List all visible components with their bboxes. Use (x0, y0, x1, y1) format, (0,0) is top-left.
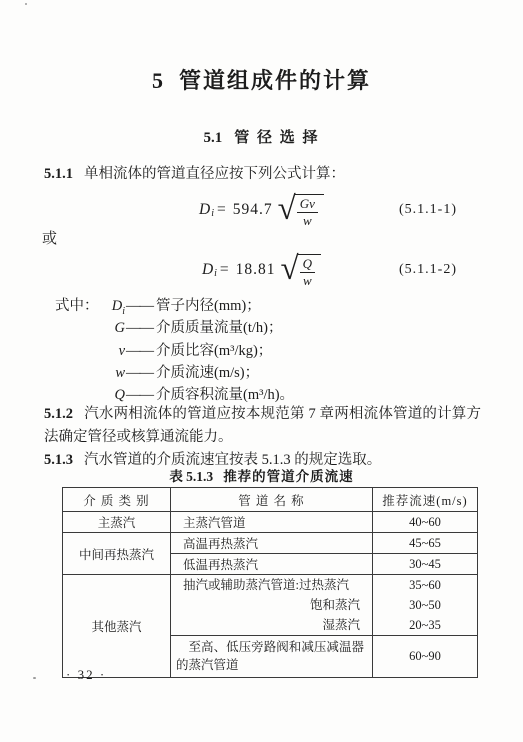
symbol: G (99, 320, 125, 337)
fraction: Gνw (297, 197, 318, 228)
media-velocity-table: 介 质 类 别 管 道 名 称 推荐流速(m/s) 主蒸汽 主蒸汽管道 40~6… (62, 487, 478, 678)
clause-5-1-1: 5.1.1单相流体的管道直径应按下列公式计算： (44, 163, 481, 186)
equals-sign: = (217, 201, 226, 219)
equation-number: (5.1.1-2) (399, 262, 457, 278)
radicand: Gνw (294, 194, 324, 228)
pipe-text: 至高、低压旁路阀和减压减温器的蒸汽管道 (171, 636, 372, 677)
equals-sign: = (220, 261, 229, 279)
symbol-description: 介质比容(m³/kg)； (156, 339, 272, 360)
equation-lhs-subscript: i (214, 268, 217, 279)
coefficient: 594.7 (233, 201, 273, 219)
legend-item: G —— 介质质量流量(t/h)； (55, 316, 483, 338)
cell-speed: 40~60 (373, 512, 478, 533)
cell-pipe: 主蒸汽管道 (171, 512, 373, 533)
section-title-text: 管 径 选 择 (234, 130, 319, 146)
table-row-reheat-hot: 中间再热蒸汽 高温再热蒸汽 45~65 (63, 533, 478, 554)
cell-medium: 主蒸汽 (63, 512, 171, 533)
symbol-description: 介质质量流量(t/h)； (156, 316, 282, 337)
or-word: 或 (42, 227, 57, 248)
legend-lead: 式中： (55, 294, 99, 315)
symbol-subscript: i (122, 306, 125, 317)
fraction-denominator: w (303, 273, 312, 288)
document-page: 5管道组成件的计算 5.1管 径 选 择 5.1.1单相流体的管道直径应按下列公… (0, 0, 523, 742)
formula-5-1-1-1: Di=594.7√Gνw (5.1.1-1) (0, 189, 523, 231)
speed-line: 35~60 (373, 575, 477, 595)
legend-dash: —— (126, 343, 153, 360)
legend-item: ν —— 介质比容(m³/kg)； (55, 339, 483, 361)
cell-speed: 60~90 (373, 636, 478, 678)
table-caption-text: 推荐的管道介质流速 (223, 469, 354, 484)
section-heading: 5.1管 径 选 择 (0, 126, 523, 147)
pipe-line: 湿蒸汽 (171, 615, 372, 635)
scan-artifact-dot (33, 677, 36, 679)
table-header-row: 介 质 类 别 管 道 名 称 推荐流速(m/s) (63, 488, 478, 512)
table-row-main-steam: 主蒸汽 主蒸汽管道 40~60 (63, 512, 478, 533)
cell-medium: 中间再热蒸汽 (63, 533, 171, 575)
clause-number: 5.1.1 (44, 166, 73, 182)
radicand: Qw (297, 254, 321, 288)
cell-pipe: 低温再热蒸汽 (171, 554, 373, 575)
scan-artifact-dot (25, 3, 27, 5)
formula-5-1-1-2: Di=18.81√Qw (5.1.1-2) (0, 249, 523, 291)
fraction-numerator: Q (300, 257, 315, 273)
fraction: Qw (300, 257, 315, 288)
section-number: 5.1 (203, 130, 222, 146)
chapter-heading: 5管道组成件的计算 (0, 64, 523, 95)
cell-speed: 30~45 (373, 554, 478, 575)
header-medium-category: 介 质 类 别 (63, 488, 171, 512)
clause-text: 汽水两相流体的管道应按本规范第 7 章两相流体管道的计算方法确定管径或核算通流能… (44, 406, 481, 445)
speed-line: 20~35 (373, 615, 477, 635)
clause-number: 5.1.2 (44, 406, 73, 422)
symbol-letter: w (115, 365, 125, 381)
symbol: ν (99, 343, 125, 360)
table-caption: 表 5.1.3推荐的管道介质流速 (0, 465, 523, 485)
symbol-letter: G (115, 320, 125, 336)
cell-pipe-group: 抽汽或辅助蒸汽管道:过热蒸汽 饱和蒸汽 湿蒸汽 (171, 575, 373, 636)
legend-item: 式中： Di —— 管子内径(mm)； (55, 294, 483, 316)
equation: Di=594.7√Gνw (199, 193, 324, 228)
symbol-letter: ν (119, 343, 125, 359)
chapter-title-text: 管道组成件的计算 (179, 68, 371, 93)
cell-pipe: 至高、低压旁路阀和减压减温器的蒸汽管道 (171, 636, 373, 678)
equation: Di=18.81√Qw (202, 253, 321, 288)
symbol-description: 介质容积流量(m³/h)。 (156, 383, 294, 404)
symbol: Q (99, 387, 125, 404)
symbol-letter: D (112, 298, 122, 314)
legend-item: w —— 介质流速(m/s)； (55, 361, 483, 383)
cell-medium: 其他蒸汽 (63, 575, 171, 678)
equation-lhs: D (199, 201, 210, 219)
equation-lhs: D (202, 261, 213, 279)
legend-dash: —— (126, 320, 153, 337)
fraction-denominator: w (303, 213, 312, 228)
clause-5-1-2: 5.1.2汽水两相流体的管道应按本规范第 7 章两相流体管道的计算方法确定管径或… (44, 403, 481, 448)
speed-line: 30~50 (373, 595, 477, 615)
equation-lhs-subscript: i (211, 208, 214, 219)
page-number: · 32 · (66, 667, 106, 683)
fraction-numerator: Gν (297, 197, 318, 213)
cell-speed: 45~65 (373, 533, 478, 554)
clause-text: 单相流体的管道直径应按下列公式计算： (84, 166, 345, 182)
equation-number: (5.1.1-1) (399, 202, 457, 218)
coefficient: 18.81 (236, 261, 276, 279)
cell-speed-group: 35~60 30~50 20~35 (373, 575, 478, 636)
symbol-description: 管子内径(mm)； (156, 294, 261, 315)
square-root: √Gνw (278, 193, 324, 228)
symbol-letter: Q (115, 387, 125, 403)
table-row-extraction-steam: 其他蒸汽 抽汽或辅助蒸汽管道:过热蒸汽 饱和蒸汽 湿蒸汽 35~60 30~50… (63, 575, 478, 636)
legend-dash: —— (126, 298, 153, 315)
legend-dash: —— (126, 365, 153, 382)
table-caption-label: 表 5.1.3 (169, 469, 213, 484)
symbol-legend: 式中： Di —— 管子内径(mm)； G —— 介质质量流量(t/h)； ν … (55, 294, 483, 405)
square-root: √Qw (281, 253, 322, 288)
cell-pipe: 高温再热蒸汽 (171, 533, 373, 554)
symbol: Di (99, 298, 125, 317)
legend-dash: —— (126, 387, 153, 404)
symbol: w (99, 365, 125, 382)
chapter-number: 5 (152, 68, 163, 93)
header-pipe-name: 管 道 名 称 (171, 488, 373, 512)
pipe-line: 饱和蒸汽 (171, 595, 372, 615)
header-recommended-speed: 推荐流速(m/s) (373, 488, 478, 512)
symbol-description: 介质流速(m/s)； (156, 361, 259, 382)
pipe-line: 抽汽或辅助蒸汽管道:过热蒸汽 (171, 575, 372, 595)
